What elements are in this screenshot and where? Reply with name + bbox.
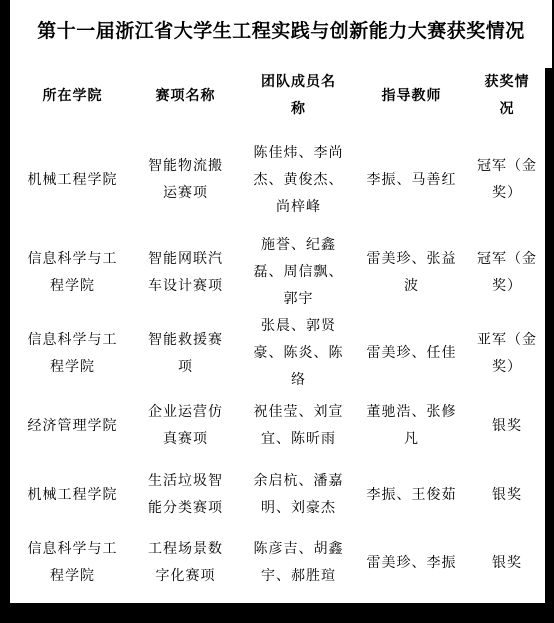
table-row: 信息科学与工程学院 智能救援赛项 张晨、郭贤豪、陈炎、陈络 雷美珍、任佳 亚军（… [14,313,549,394]
page-title: 第十一届浙江省大学生工程实践与创新能力大赛获奖情况 [10,0,552,64]
cell-members: 张晨、郭贤豪、陈炎、陈络 [240,313,358,394]
cell-event: 生活垃圾智能分类赛项 [132,458,240,532]
cell-members: 余启杭、潘嘉明、刘豪杰 [240,458,358,532]
cell-advisors: 雷美珍、张益波 [358,232,466,313]
cell-advisors: 雷美珍、任佳 [358,313,466,394]
cell-award: 银奖 [466,458,549,532]
column-header-award: 获奖情况 [466,64,549,128]
cell-event: 工程场景数字化赛项 [132,532,240,594]
cell-award: 亚军（金奖） [466,313,549,394]
cell-college: 经济管理学院 [14,394,132,458]
cell-advisors: 雷美珍、李振 [358,532,466,594]
table-row: 机械工程学院 智能物流搬运赛项 陈佳炜、李尚杰、黄俊杰、尚梓峰 李振、马善红 冠… [14,128,549,232]
cell-members: 施誉、纪鑫磊、周信飘、郭宇 [240,232,358,313]
cell-award: 银奖 [466,532,549,594]
cell-advisors: 李振、王俊茹 [358,458,466,532]
cell-college: 信息科学与工程学院 [14,532,132,594]
table-row: 经济管理学院 企业运营仿真赛项 祝佳莹、刘宣宜、陈昕雨 董驰浩、张修凡 银奖 [14,394,549,458]
cell-members: 祝佳莹、刘宣宜、陈昕雨 [240,394,358,458]
column-header-college: 所在学院 [14,64,132,128]
column-header-event: 赛项名称 [132,64,240,128]
document-page: 第十一届浙江省大学生工程实践与创新能力大赛获奖情况 所在学院 赛项名称 团队成员… [10,0,552,603]
cell-award: 冠军（金奖） [466,128,549,232]
screen: 第十一届浙江省大学生工程实践与创新能力大赛获奖情况 所在学院 赛项名称 团队成员… [0,0,554,623]
cell-college: 信息科学与工程学院 [14,232,132,313]
cell-event: 智能救援赛项 [132,313,240,394]
header-row: 所在学院 赛项名称 团队成员名称 指导教师 获奖情况 [14,64,549,128]
column-header-advisors: 指导教师 [358,64,466,128]
cell-award: 冠军（金奖） [466,232,549,313]
awards-table: 所在学院 赛项名称 团队成员名称 指导教师 获奖情况 机械工程学院 智能物流搬运… [14,64,549,594]
cell-event: 智能网联汽车设计赛项 [132,232,240,313]
column-header-members: 团队成员名称 [240,64,358,128]
cell-advisors: 李振、马善红 [358,128,466,232]
cell-event: 智能物流搬运赛项 [132,128,240,232]
table-row: 信息科学与工程学院 智能网联汽车设计赛项 施誉、纪鑫磊、周信飘、郭宇 雷美珍、张… [14,232,549,313]
cell-college: 机械工程学院 [14,128,132,232]
cell-college: 机械工程学院 [14,458,132,532]
cell-members: 陈彦吉、胡鑫宇、郝胜瑄 [240,532,358,594]
cell-event: 企业运营仿真赛项 [132,394,240,458]
cell-college: 信息科学与工程学院 [14,313,132,394]
table-row: 信息科学与工程学院 工程场景数字化赛项 陈彦吉、胡鑫宇、郝胜瑄 雷美珍、李振 银… [14,532,549,594]
cell-advisors: 董驰浩、张修凡 [358,394,466,458]
table-row: 机械工程学院 生活垃圾智能分类赛项 余启杭、潘嘉明、刘豪杰 李振、王俊茹 银奖 [14,458,549,532]
cell-members: 陈佳炜、李尚杰、黄俊杰、尚梓峰 [240,128,358,232]
cell-award: 银奖 [466,394,549,458]
page-shadow [545,68,554,623]
